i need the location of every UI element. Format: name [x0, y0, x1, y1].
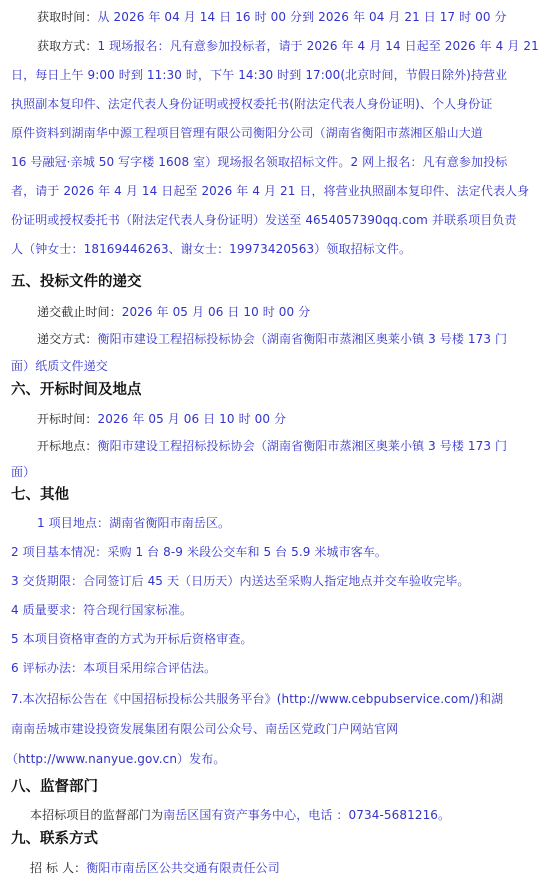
opening-time-label: 开标时间：: [37, 412, 98, 426]
opening-place-line-1: 开标地点：衡阳市建设工程招标投标协会（湖南省衡阳市蒸湘区奥莱小镇 3 号楼 17…: [37, 437, 507, 455]
acquire-method-line-6: 者，请于 2026 年 4 月 14 日起至 2026 年 4 月 21 日，将…: [11, 182, 529, 200]
tenderer-line: 招 标 人：衡阳市南岳区公共交通有限责任公司: [30, 859, 280, 877]
section-heading-submission: 五、投标文件的递交: [11, 272, 142, 292]
submission-method-label: 递交方式：: [37, 332, 98, 346]
other-item-3: 3 交货期限：合同签订后 45 天（日历天）内送达至采购人指定地点并交车验收完毕…: [11, 572, 469, 590]
opening-place-text: 衡阳市建设工程招标投标协会（湖南省衡阳市蒸湘区奥莱小镇 3 号楼 173 门: [98, 439, 508, 453]
other-item-7-line-1: 7.本次招标公告在《中国招标投标公共服务平台》(http://www.cebpu…: [11, 690, 503, 708]
acquire-method-label: 获取方式：: [37, 39, 98, 53]
acquire-method-line-8: 人（钟女士：18169446263、谢女士：19973420563）领取招标文件…: [11, 240, 411, 258]
section-heading-other: 七、其他: [11, 485, 69, 505]
acquire-method-line-4: 原件资料到湖南华中源工程项目管理有限公司衡阳分公司（湖南省衡阳市蒸湘区船山大道: [11, 124, 483, 142]
submission-method-line-2: 面）纸质文件递交: [11, 357, 108, 375]
acquire-time-line: 获取时间：从 2026 年 04 月 14 日 16 时 00 分到 2026 …: [37, 8, 507, 26]
submission-deadline-label: 递交截止时间：: [37, 305, 122, 319]
section-heading-opening: 六、开标时间及地点: [11, 380, 142, 400]
opening-place-line-2: 面）: [11, 463, 35, 481]
acquire-method-line-3: 执照副本复印件、法定代表人身份证明或授权委托书(附法定代表人身份证明)、个人身份…: [11, 95, 492, 113]
supervision-value: 南岳区国有资产事务中心，电话 ：0734-5681216。: [163, 808, 450, 822]
other-item-7-line-3: （http://www.nanyue.gov.cn）发布。: [6, 750, 225, 768]
supervision-label: 本招标项目的监督部门为: [30, 808, 163, 822]
acquire-method-line-2: 日，每日上午 9:00 时到 11:30 时，下午 14:30 时到 17:00…: [11, 66, 507, 84]
tenderer-value: 衡阳市南岳区公共交通有限责任公司: [86, 861, 280, 875]
submission-method-text: 衡阳市建设工程招标投标协会（湖南省衡阳市蒸湘区奥莱小镇 3 号楼 173 门: [98, 332, 508, 346]
opening-place-label: 开标地点：: [37, 439, 98, 453]
acquire-time-value: 从 2026 年 04 月 14 日 16 时 00 分到 2026 年 04 …: [98, 10, 507, 24]
acquire-method-text: 1 现场报名：凡有意参加投标者，请于 2026 年 4 月 14 日起至 202…: [98, 39, 539, 53]
submission-deadline-value: 2026 年 05 月 06 日 10 时 00 分: [122, 305, 311, 319]
acquire-method-line-1: 获取方式：1 现场报名：凡有意参加投标者，请于 2026 年 4 月 14 日起…: [37, 37, 539, 55]
submission-method-line-1: 递交方式：衡阳市建设工程招标投标协会（湖南省衡阳市蒸湘区奥莱小镇 3 号楼 17…: [37, 330, 507, 348]
acquire-time-label: 获取时间：: [37, 10, 98, 24]
submission-deadline-line: 递交截止时间：2026 年 05 月 06 日 10 时 00 分: [37, 303, 310, 321]
other-item-7-line-2: 南南岳城市建设投资发展集团有限公司公众号、南岳区党政门户网站官网: [11, 720, 398, 738]
other-item-2: 2 项目基本情况：采购 1 台 8-9 米段公交车和 5 台 5.9 米城市客车…: [11, 543, 387, 561]
opening-time-value: 2026 年 05 月 06 日 10 时 00 分: [98, 412, 287, 426]
other-item-5: 5 本项目资格审查的方式为开标后资格审查。: [11, 630, 253, 648]
other-item-4: 4 质量要求：符合现行国家标准。: [11, 601, 192, 619]
acquire-method-line-7: 份证明或授权委托书（附法定代表人身份证明）发送至 4654057390qq.co…: [11, 211, 517, 229]
other-item-1: 1 项目地点：湖南省衡阳市南岳区。: [37, 514, 230, 532]
section-heading-supervision: 八、监督部门: [11, 777, 98, 797]
supervision-line: 本招标项目的监督部门为南岳区国有资产事务中心，电话 ：0734-5681216。: [30, 806, 450, 824]
opening-time-line: 开标时间：2026 年 05 月 06 日 10 时 00 分: [37, 410, 286, 428]
announcement-document: 获取时间：从 2026 年 04 月 14 日 16 时 00 分到 2026 …: [0, 0, 547, 884]
tenderer-label: 招 标 人：: [30, 861, 86, 875]
other-item-6: 6 评标办法：本项目采用综合评估法。: [11, 659, 216, 677]
section-heading-contact: 九、联系方式: [11, 829, 98, 849]
acquire-method-line-5: 16 号融冠·亲城 50 写字楼 1608 室）现场报名领取招标文件。2 网上报…: [11, 153, 507, 171]
